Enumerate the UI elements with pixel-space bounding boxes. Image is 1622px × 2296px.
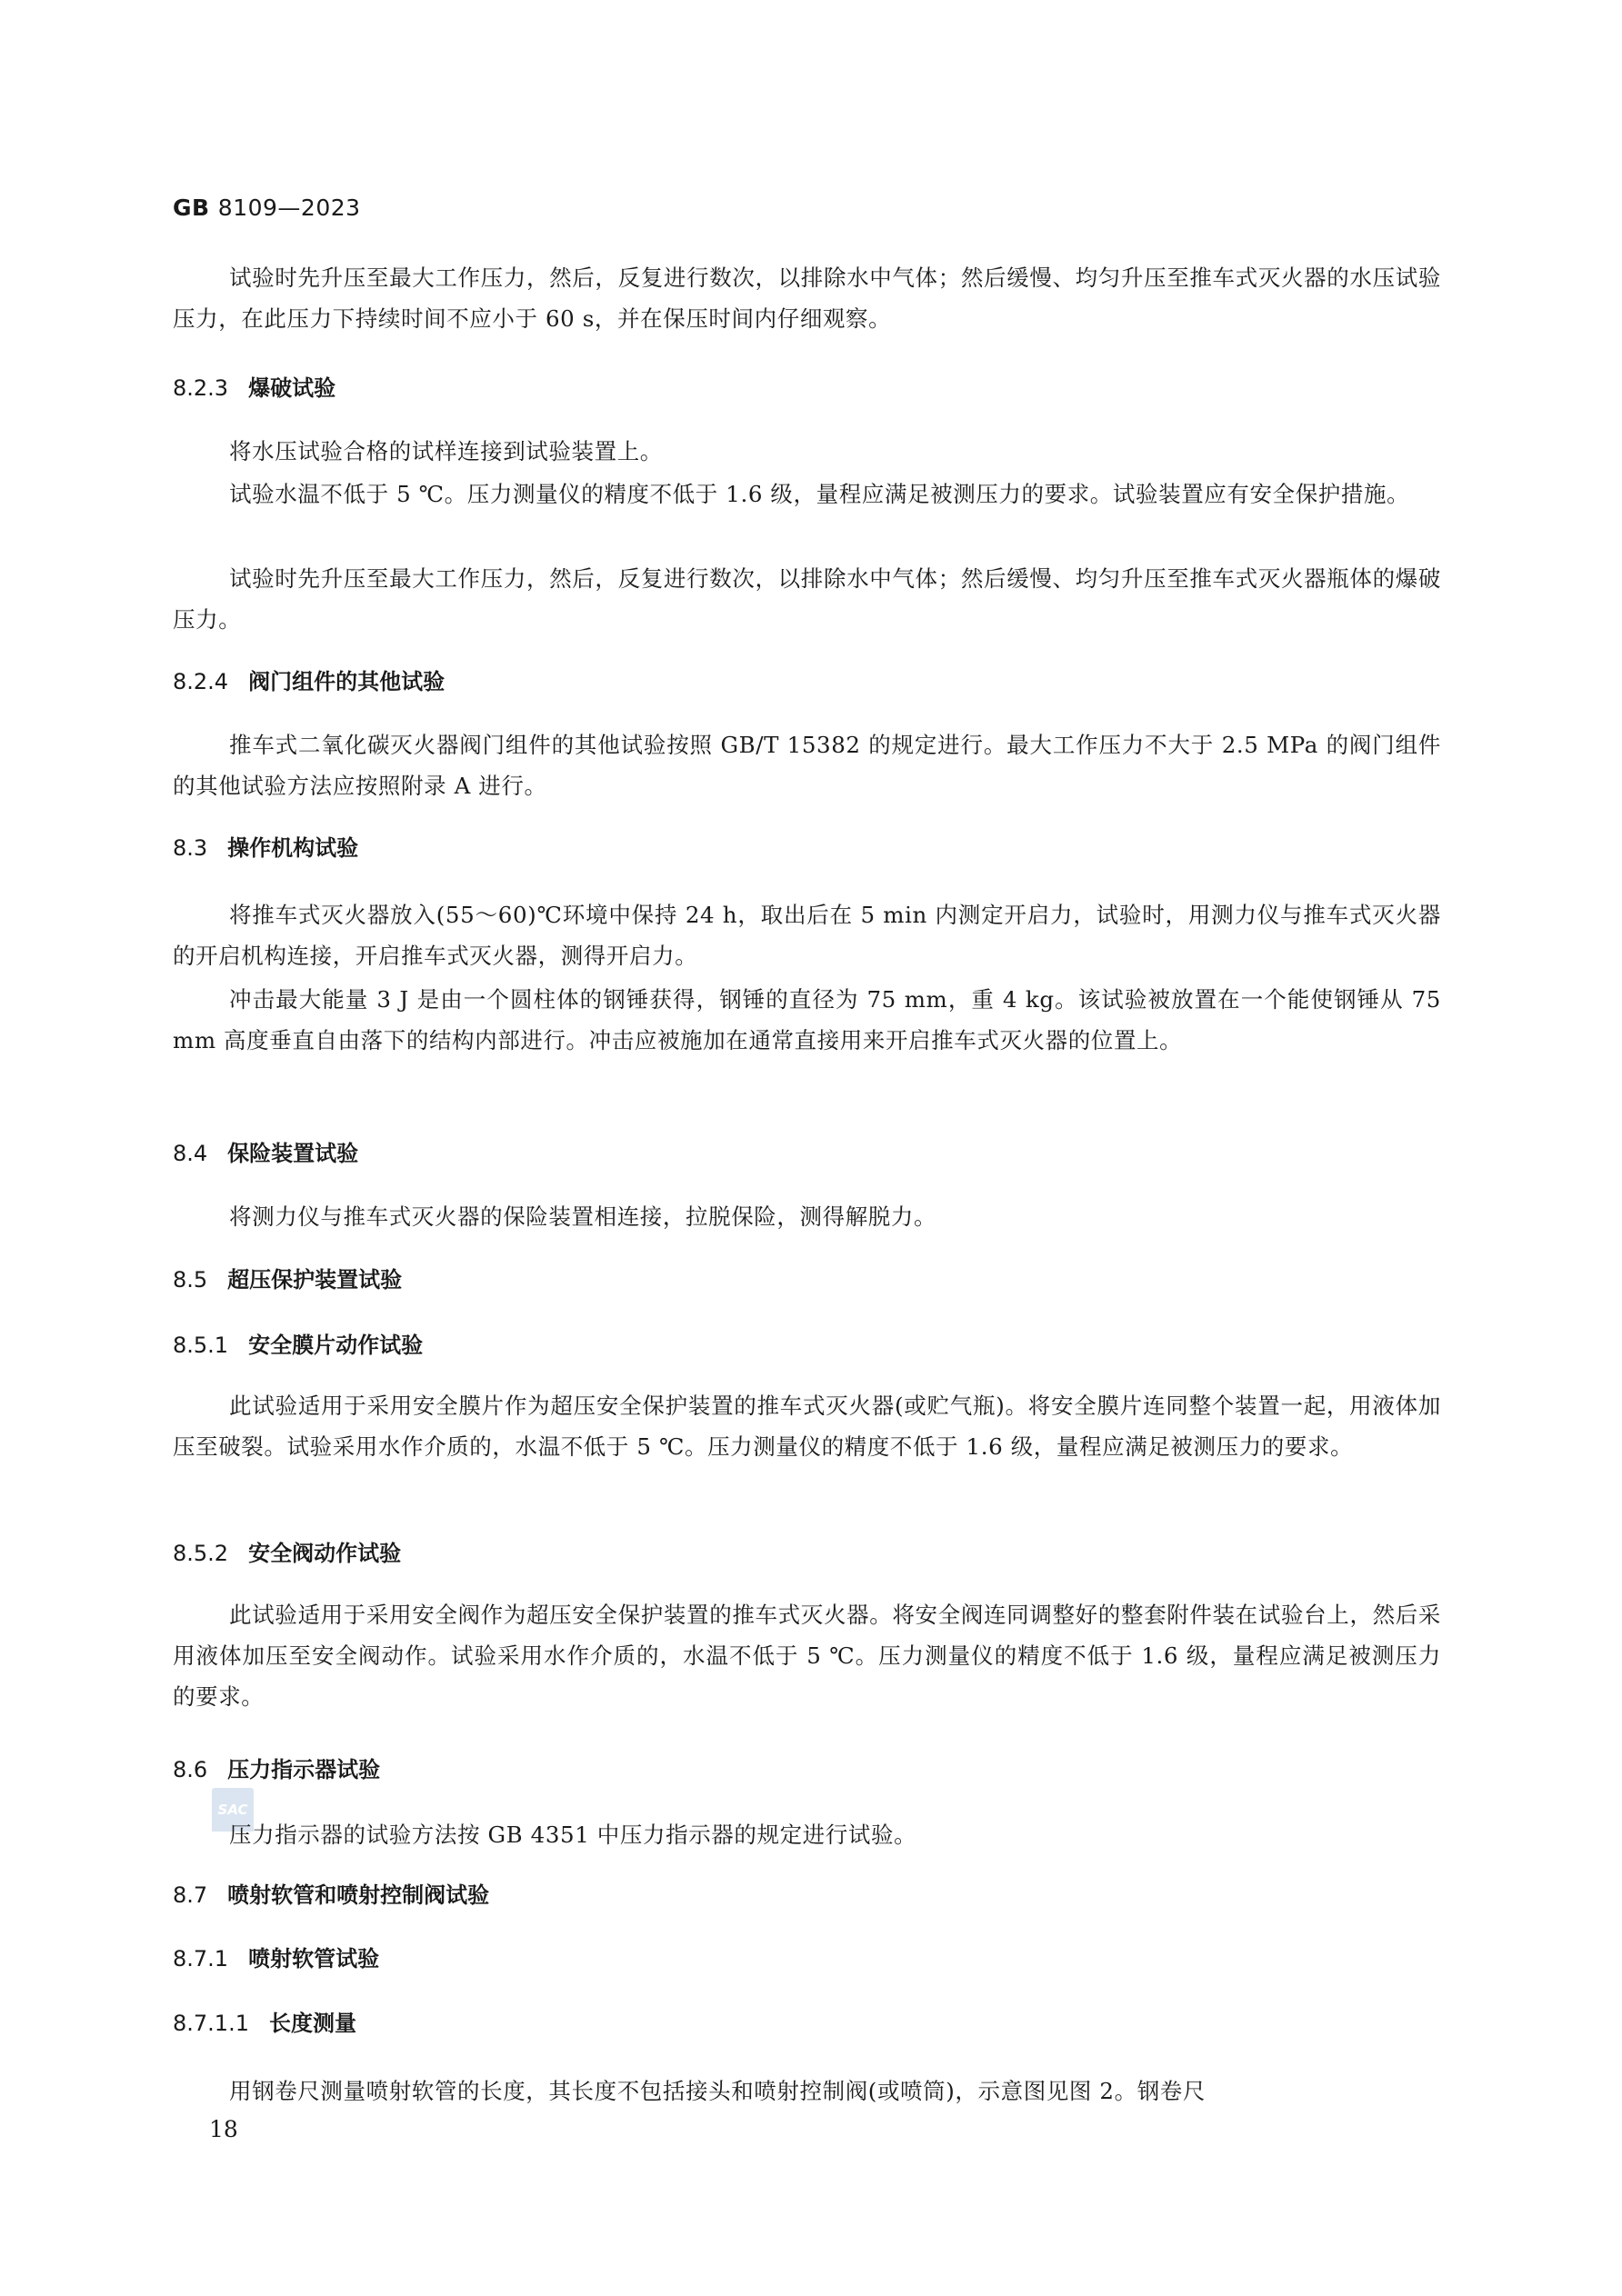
section-title: 安全膜片动作试验 bbox=[248, 1333, 423, 1358]
section-heading-8-6: 8.6压力指示器试验 bbox=[173, 1756, 1441, 1783]
section-title: 压力指示器试验 bbox=[227, 1757, 380, 1782]
section-heading-8-2-4: 8.2.4阀门组件的其他试验 bbox=[173, 668, 1441, 695]
document-page: GB 8109—2023 试验时先升压至最大工作压力，然后，反复进行数次，以排除… bbox=[0, 0, 1622, 2296]
paragraph: 用钢卷尺测量喷射软管的长度，其长度不包括接头和喷射控制阀(或喷筒)，示意图见图 … bbox=[173, 2071, 1441, 2111]
section-heading-8-3: 8.3操作机构试验 bbox=[173, 834, 1441, 862]
section-heading-8-5-2: 8.5.2安全阀动作试验 bbox=[173, 1540, 1441, 1567]
paragraph: 此试验适用于采用安全膜片作为超压安全保护装置的推车式灭火器(或贮气瓶)。将安全膜… bbox=[173, 1385, 1441, 1467]
section-heading-8-5-1: 8.5.1安全膜片动作试验 bbox=[173, 1332, 1441, 1359]
section-number: 8.5 bbox=[173, 1266, 207, 1293]
section-title: 超压保护装置试验 bbox=[227, 1267, 402, 1293]
paragraph: 将测力仪与推车式灭火器的保险装置相连接，拉脱保险，测得解脱力。 bbox=[173, 1196, 1441, 1237]
standard-prefix: GB bbox=[173, 195, 210, 221]
paragraph: 将水压试验合格的试样连接到试验装置上。 bbox=[173, 431, 1441, 472]
section-title: 保险装置试验 bbox=[227, 1141, 358, 1166]
paragraph: 试验时先升压至最大工作压力，然后，反复进行数次，以排除水中气体；然后缓慢、均匀升… bbox=[173, 558, 1441, 640]
section-number: 8.4 bbox=[173, 1140, 207, 1167]
section-title: 爆破试验 bbox=[248, 375, 335, 401]
standard-id: GB 8109—2023 bbox=[173, 195, 361, 221]
paragraph: 试验水温不低于 5 ℃。压力测量仪的精度不低于 1.6 级，量程应满足被测压力的… bbox=[173, 474, 1441, 514]
paragraph: 冲击最大能量 3 J 是由一个圆柱体的钢锤获得，钢锤的直径为 75 mm，重 4… bbox=[173, 979, 1441, 1061]
paragraph: 将推车式灭火器放入(55～60)℃环境中保持 24 h，取出后在 5 min 内… bbox=[173, 894, 1441, 976]
page-number: 18 bbox=[209, 2116, 238, 2142]
paragraph-intro: 试验时先升压至最大工作压力，然后，反复进行数次，以排除水中气体；然后缓慢、均匀升… bbox=[173, 257, 1441, 339]
section-heading-8-7-1: 8.7.1喷射软管试验 bbox=[173, 1945, 1441, 1972]
paragraph: 压力指示器的试验方法按 GB 4351 中压力指示器的规定进行试验。 bbox=[173, 1814, 1441, 1855]
section-number: 8.2.3 bbox=[173, 374, 228, 402]
paragraph: 推车式二氧化碳灭火器阀门组件的其他试验按照 GB/T 15382 的规定进行。最… bbox=[173, 724, 1441, 806]
section-heading-8-5: 8.5超压保护装置试验 bbox=[173, 1266, 1441, 1293]
standard-number: 8109—2023 bbox=[218, 195, 361, 221]
section-title: 安全阀动作试验 bbox=[248, 1541, 401, 1566]
section-title: 喷射软管试验 bbox=[248, 1946, 379, 1972]
section-number: 8.7 bbox=[173, 1882, 207, 1909]
section-number: 8.7.1.1 bbox=[173, 2010, 249, 2037]
section-title: 操作机构试验 bbox=[227, 835, 358, 861]
section-heading-8-4: 8.4保险装置试验 bbox=[173, 1140, 1441, 1167]
section-title: 喷射软管和喷射控制阀试验 bbox=[227, 1882, 489, 1908]
section-number: 8.6 bbox=[173, 1756, 207, 1783]
section-heading-8-7-1-1: 8.7.1.1长度测量 bbox=[173, 2010, 1441, 2037]
section-title: 长度测量 bbox=[269, 2011, 356, 2036]
section-number: 8.3 bbox=[173, 834, 207, 862]
section-number: 8.5.2 bbox=[173, 1540, 228, 1567]
section-heading-8-7: 8.7喷射软管和喷射控制阀试验 bbox=[173, 1882, 1441, 1909]
section-number: 8.7.1 bbox=[173, 1945, 228, 1972]
section-heading-8-2-3: 8.2.3爆破试验 bbox=[173, 374, 1441, 402]
section-number: 8.2.4 bbox=[173, 668, 228, 695]
section-title: 阀门组件的其他试验 bbox=[248, 669, 445, 694]
section-number: 8.5.1 bbox=[173, 1332, 228, 1359]
paragraph: 此试验适用于采用安全阀作为超压安全保护装置的推车式灭火器。将安全阀连同调整好的整… bbox=[173, 1594, 1441, 1717]
